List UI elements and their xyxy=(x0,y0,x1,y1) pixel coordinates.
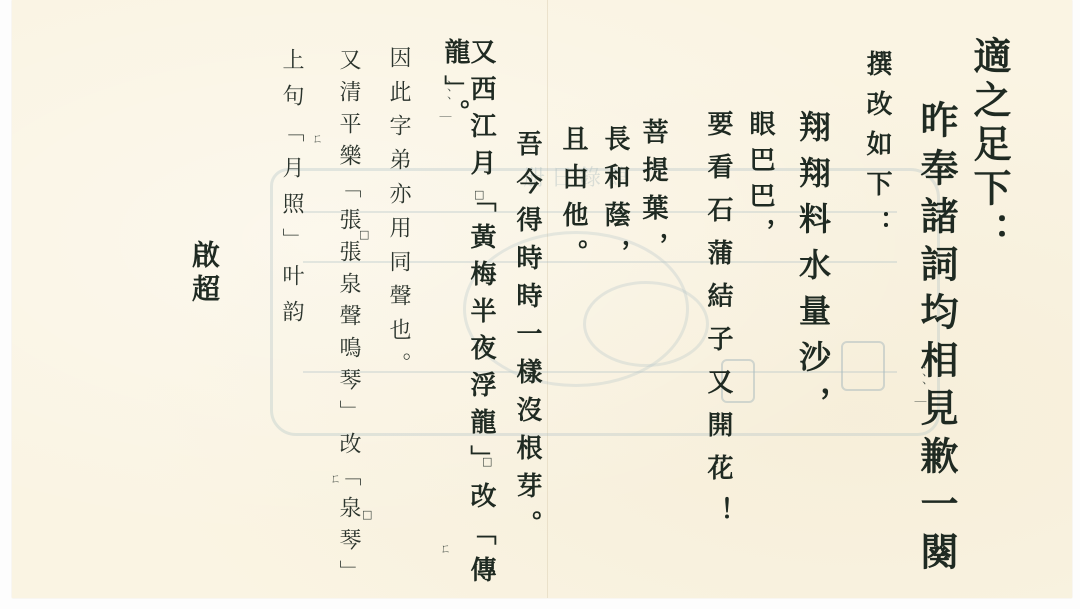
edit-mark: ㄈ xyxy=(330,470,341,486)
text-column: 昨奉諸詞均相見歉一闋 xyxy=(917,100,955,580)
edit-mark: □ xyxy=(362,508,372,521)
text-column: 長和蔭， xyxy=(602,125,628,277)
edit-mark: □ xyxy=(482,455,492,468)
text-column: 又清平樂「張張泉聲鳴琴」改「泉琴」 xyxy=(337,48,359,592)
edit-mark: ㄈ xyxy=(474,420,485,436)
edit-mark: ㄈ xyxy=(312,130,323,146)
emphasis-dots: 、、、｜ xyxy=(437,80,454,124)
watermark-seal xyxy=(841,341,885,391)
text-column: 要看石蒲結子又開花！ xyxy=(705,110,731,540)
text-column: 菩提葉， xyxy=(640,118,666,270)
watermark-arc xyxy=(583,281,709,367)
edit-mark: □ xyxy=(359,228,369,241)
edit-mark: □ xyxy=(474,188,484,201)
text-column: 撰改如下： xyxy=(864,50,890,250)
text-column: 上句「月照」叶韵 xyxy=(280,48,302,336)
text-column: 因此字弟亦用同聲也。 xyxy=(387,46,409,386)
text-column: 翔翔料水量沙， xyxy=(797,110,829,432)
text-column: 吾今得時時一樣沒根芽。 xyxy=(514,130,540,548)
salutation-column: 適之足下： xyxy=(970,36,1008,256)
emphasis-dots: 、、、｜ xyxy=(912,365,929,409)
text-column: 且由他。 xyxy=(560,125,586,277)
signature: 啟超 xyxy=(190,240,218,308)
letter-paper: 册日錄館 適之足下： 昨奉諸詞均相見歉一闋 、、、｜ 撰改如下： 翔翔料水量沙，… xyxy=(12,0,1072,598)
text-column: 眼巴巴， xyxy=(747,110,773,254)
edit-mark: ㄈ xyxy=(440,540,451,556)
